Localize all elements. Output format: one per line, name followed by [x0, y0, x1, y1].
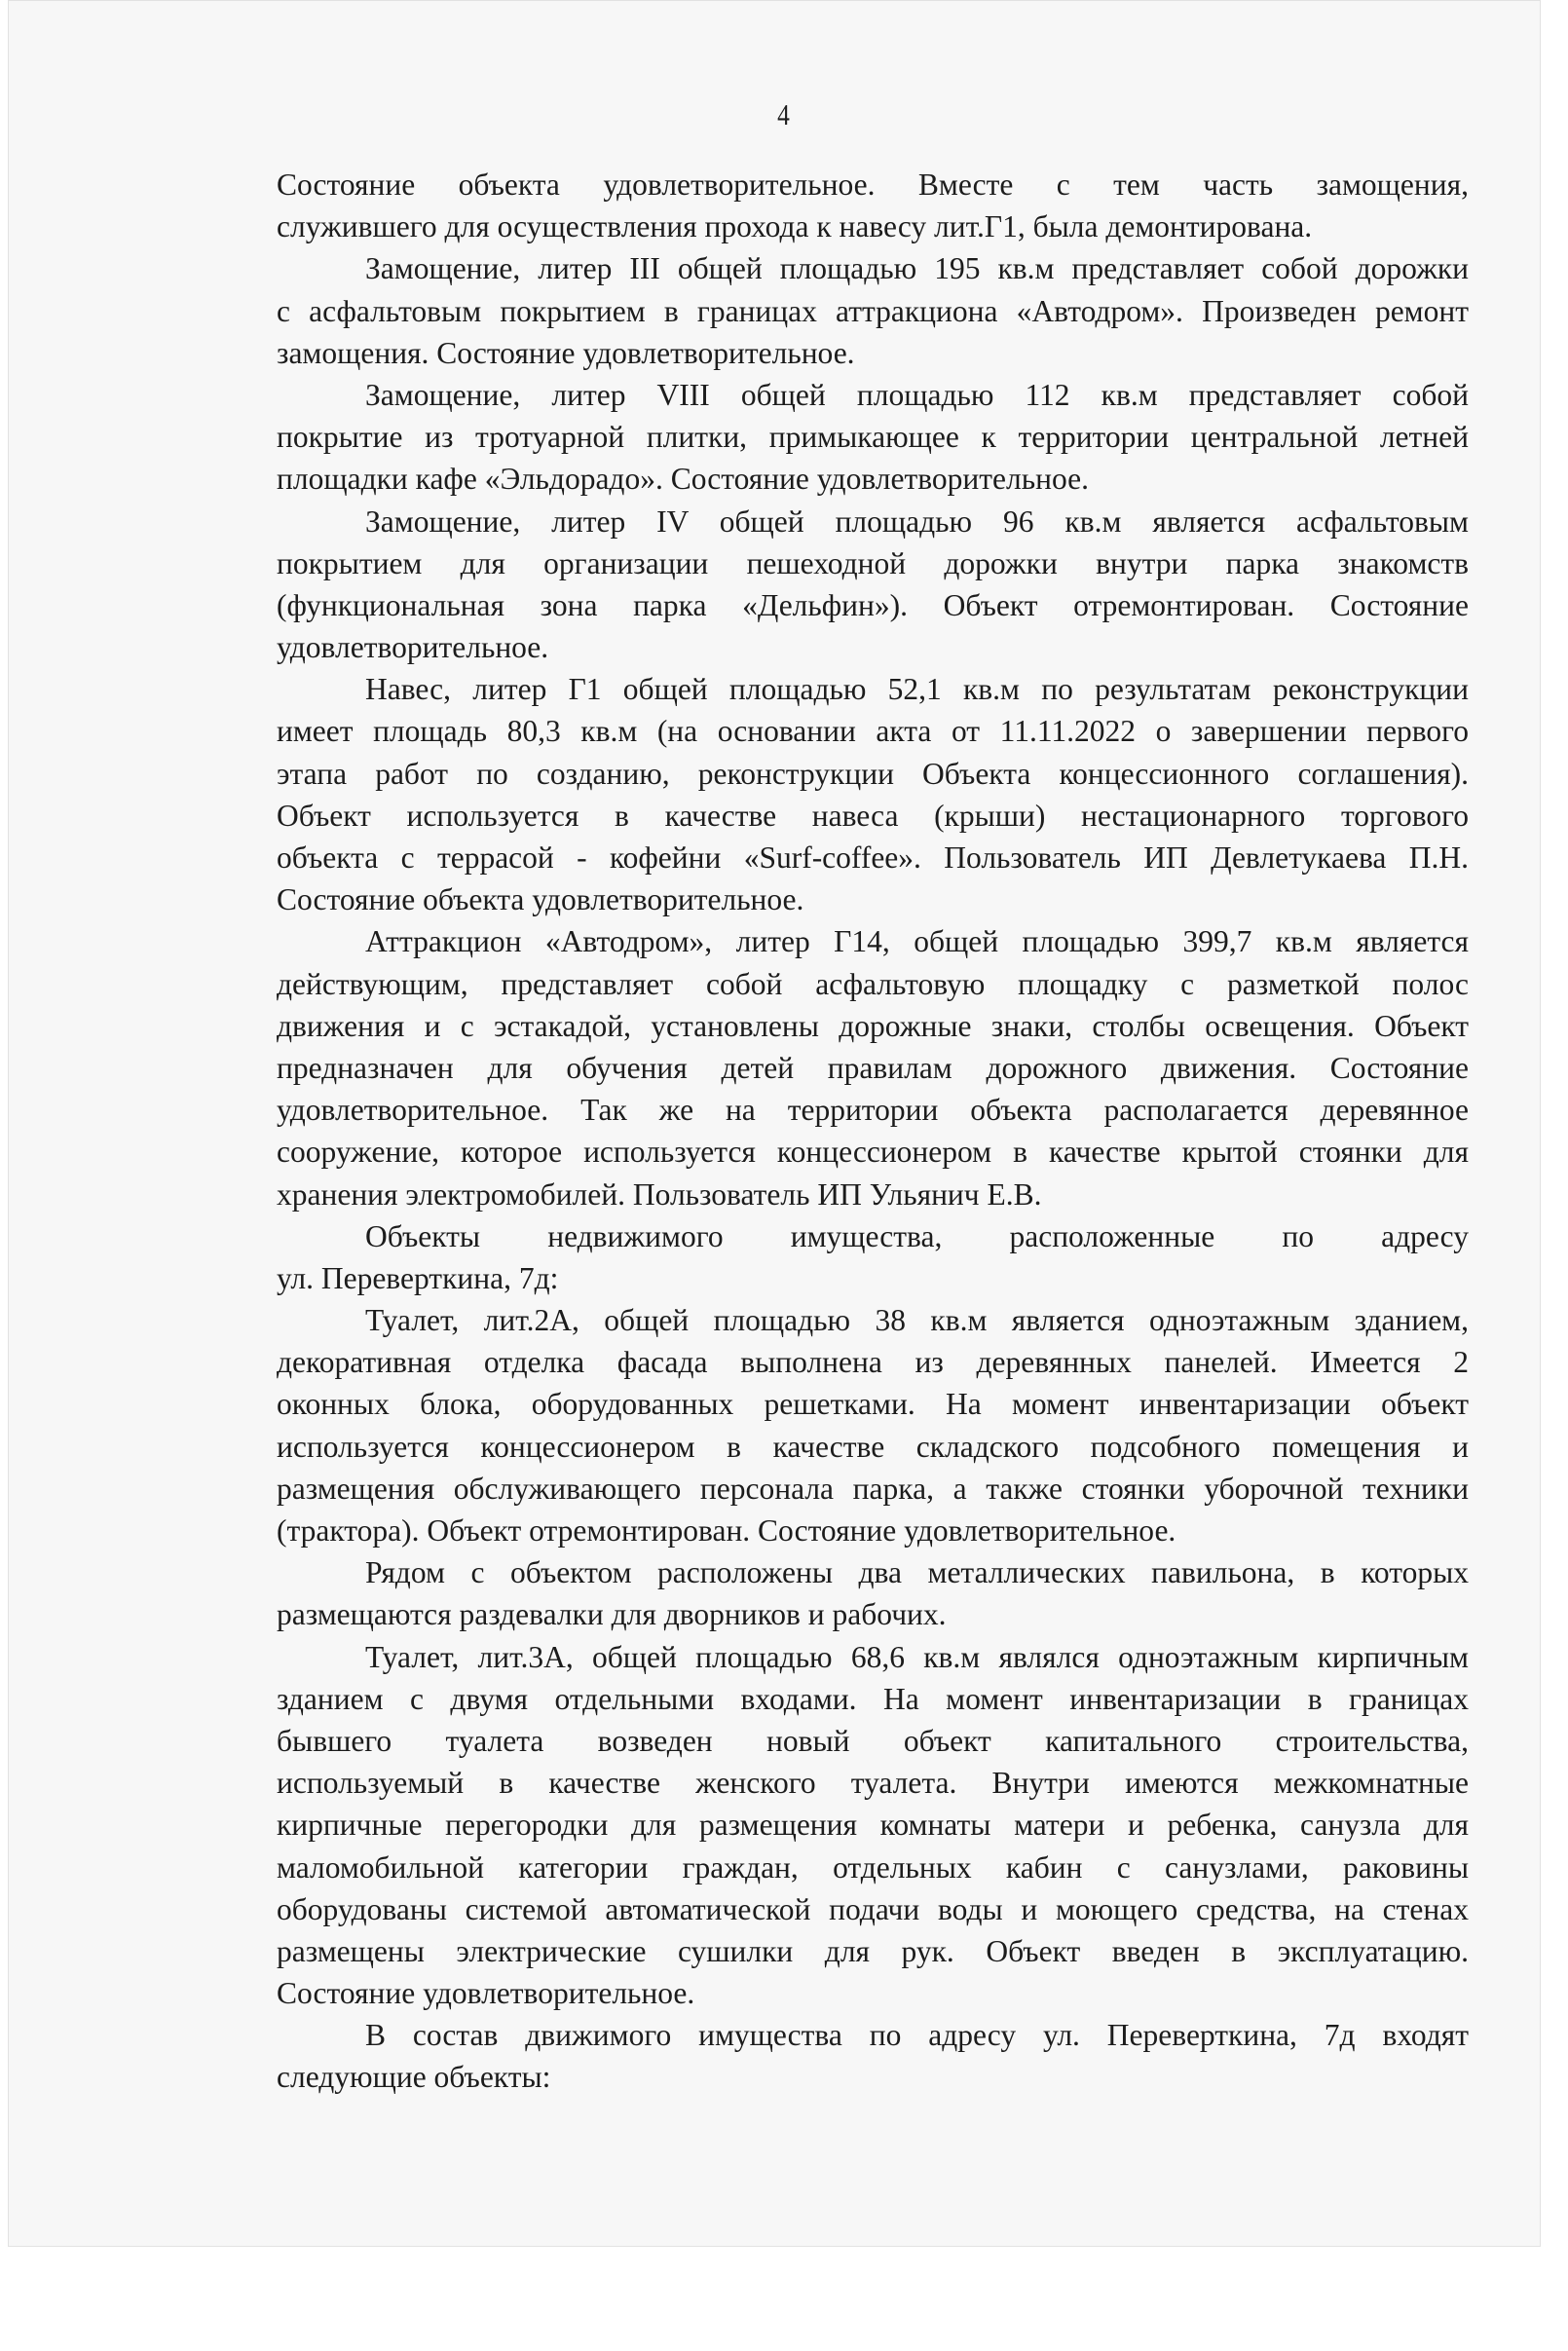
paragraph: Аттракцион «Автодром», литер Г14, общей … [277, 920, 1469, 1214]
text-line: замощения. Состояние удовлетворительное. [277, 332, 1469, 374]
paragraph: В состав движимого имущества по адресу у… [277, 2014, 1469, 2098]
text-line: оборудованы системой автоматической пода… [277, 1888, 1469, 1930]
paragraph: Замощение, литер III общей площадью 195 … [277, 247, 1469, 374]
text-line: размещения обслуживающего персонала парк… [277, 1468, 1469, 1510]
text-line: хранения электромобилей. Пользователь ИП… [277, 1174, 1469, 1215]
paragraph: Замощение, литер IV общей площадью 96 кв… [277, 501, 1469, 669]
text-line: покрытие из тротуарной плитки, примыкающ… [277, 416, 1469, 458]
text-line: Рядом с объектом расположены два металли… [277, 1551, 1469, 1593]
text-line: (функциональная зона парка «Дельфин»). О… [277, 584, 1469, 626]
paragraph: Туалет, лит.2А, общей площадью 38 кв.м я… [277, 1299, 1469, 1551]
text-line: Состояние объекта удовлетворительное. Вм… [277, 164, 1469, 205]
text-line: декоративная отделка фасада выполнена из… [277, 1341, 1469, 1383]
text-line: площадки кафе «Эльдорадо». Состояние удо… [277, 458, 1469, 500]
text-line: удовлетворительное. Так же на территории… [277, 1089, 1469, 1131]
document-body: Состояние объекта удовлетворительное. Вм… [277, 164, 1469, 2099]
text-line: оконных блока, оборудованных решетками. … [277, 1383, 1469, 1425]
text-line: Объект используется в качестве навеса (к… [277, 795, 1469, 837]
text-line: Состояние удовлетворительное. [277, 1972, 1469, 2014]
text-line: зданием с двумя отдельными входами. На м… [277, 1678, 1469, 1720]
text-line: с асфальтовым покрытием в границах аттра… [277, 290, 1469, 332]
text-line: Навес, литер Г1 общей площадью 52,1 кв.м… [277, 668, 1469, 710]
text-line: предназначен для обучения детей правилам… [277, 1047, 1469, 1089]
text-line: используемый в качестве женского туалета… [277, 1762, 1469, 1804]
text-line: бывшего туалета возведен новый объект ка… [277, 1720, 1469, 1762]
text-line: Туалет, лит.2А, общей площадью 38 кв.м я… [277, 1299, 1469, 1341]
text-line: ул. Переверткина, 7д: [277, 1257, 1469, 1299]
text-line: покрытием для организации пешеходной дор… [277, 542, 1469, 584]
text-line: сооружение, которое используется концесс… [277, 1131, 1469, 1173]
text-line: Состояние объекта удовлетворительное. [277, 878, 1469, 920]
text-line: объекта с террасой - кофейни «Surf-coffe… [277, 837, 1469, 878]
text-line: служившего для осуществления прохода к н… [277, 205, 1469, 247]
paragraph: Объекты недвижимого имущества, расположе… [277, 1215, 1469, 1299]
paragraph: Замощение, литер VIII общей площадью 112… [277, 374, 1469, 501]
paragraph: Рядом с объектом расположены два металли… [277, 1551, 1469, 1635]
paragraph: Состояние объекта удовлетворительное. Вм… [277, 164, 1469, 247]
paragraph: Туалет, лит.3А, общей площадью 68,6 кв.м… [277, 1636, 1469, 2015]
text-line: следующие объекты: [277, 2056, 1469, 2098]
text-line: В состав движимого имущества по адресу у… [277, 2014, 1469, 2056]
text-line: кирпичные перегородки для размещения ком… [277, 1804, 1469, 1846]
text-line: действующим, представляет собой асфальто… [277, 963, 1469, 1005]
text-line: Замощение, литер VIII общей площадью 112… [277, 374, 1469, 416]
text-line: Туалет, лит.3А, общей площадью 68,6 кв.м… [277, 1636, 1469, 1678]
text-line: Замощение, литер IV общей площадью 96 кв… [277, 501, 1469, 542]
text-line: Аттракцион «Автодром», литер Г14, общей … [277, 920, 1469, 962]
text-line: движения и с эстакадой, установлены доро… [277, 1005, 1469, 1047]
text-line: этапа работ по созданию, реконструкции О… [277, 753, 1469, 795]
paragraph: Навес, литер Г1 общей площадью 52,1 кв.м… [277, 668, 1469, 920]
text-line: удовлетворительное. [277, 626, 1469, 668]
text-line: размещены электрические сушилки для рук.… [277, 1930, 1469, 1972]
text-line: Объекты недвижимого имущества, расположе… [277, 1215, 1469, 1257]
text-line: маломобильной категории граждан, отдельн… [277, 1847, 1469, 1888]
text-line: размещаются раздевалки для дворников и р… [277, 1593, 1469, 1635]
text-line: имеет площадь 80,3 кв.м (на основании ак… [277, 710, 1469, 752]
page-number: 4 [140, 97, 1426, 132]
text-line: используется концессионером в качестве с… [277, 1426, 1469, 1468]
text-line: (трактора). Объект отремонтирован. Состо… [277, 1510, 1469, 1551]
text-line: Замощение, литер III общей площадью 195 … [277, 247, 1469, 289]
